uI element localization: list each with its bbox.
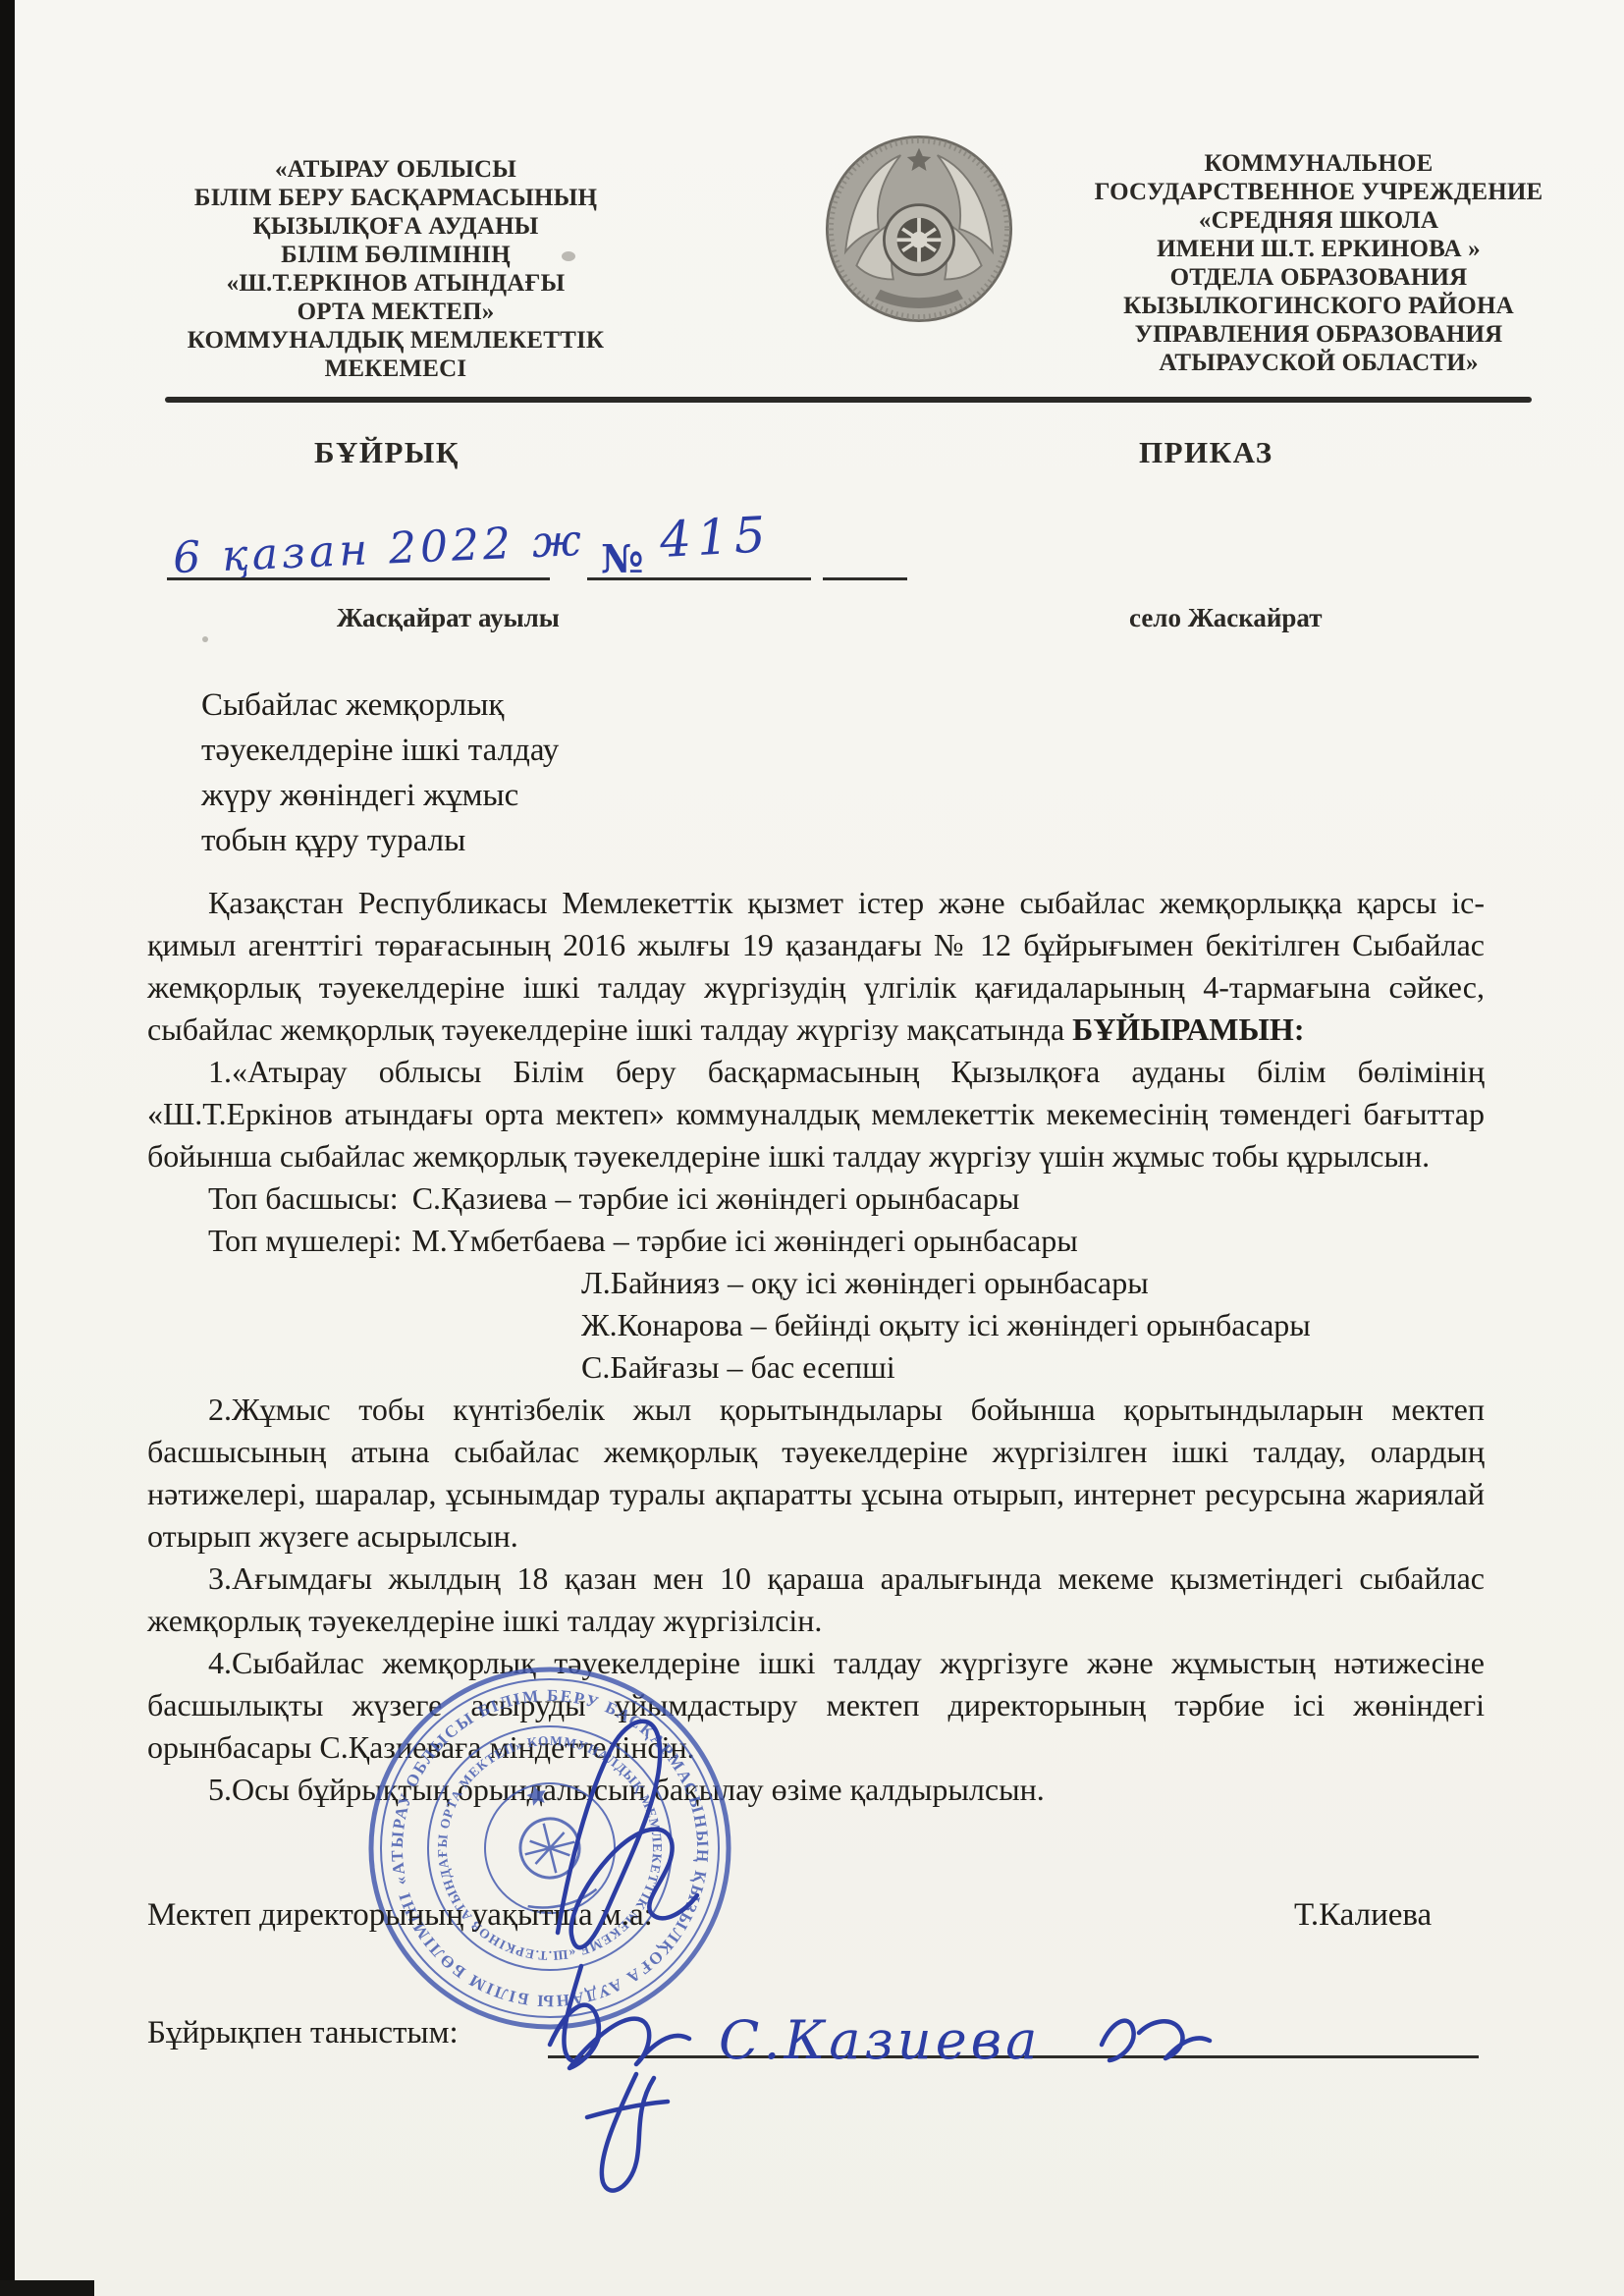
order-verb-bold: БҰЙЫРАМЫН: (1072, 1011, 1304, 1047)
header-divider-line (165, 397, 1532, 403)
org-name-kazakh: «АТЫРАУ ОБЛЫСЫ БІЛІМ БЕРУ БАСҚАРМАСЫНЫҢ … (165, 155, 626, 383)
group-leader-name: С.Қазиева – тәрбие ісі жөніндегі орынбас… (412, 1180, 1020, 1216)
scan-edge-bottom (0, 2280, 94, 2296)
order-title-kazakh: БҰЙРЫҚ (314, 435, 460, 470)
number-underline (587, 577, 811, 580)
group-member-line: С.Байғазы – бас есепші (147, 1346, 1485, 1389)
ack-signature-name: С.Казиева (719, 2009, 1041, 2071)
group-members-line: Топ мүшелері:М.Үмбетбаева – тәрбие ісі ж… (147, 1220, 1485, 1262)
org-right-line: УПРАВЛЕНИЯ ОБРАЗОВАНИЯ (1088, 320, 1549, 349)
place-russian: село Жаскайрат (1129, 603, 1323, 633)
org-left-line: КОММУНАЛДЫҚ МЕМЛЕКЕТТІК (165, 326, 626, 355)
scan-speckle (202, 636, 208, 642)
org-right-line: ОТДЕЛА ОБРАЗОВАНИЯ (1088, 263, 1549, 292)
org-right-line: КОММУНАЛЬНОЕ (1088, 149, 1549, 178)
ack-flourish-below-line (587, 2074, 668, 2191)
org-right-line: ГОСУДАРСТВЕННОЕ УЧРЕЖДЕНИЕ (1088, 178, 1549, 206)
handwritten-date: 6 қазан 2022 ж (172, 516, 586, 583)
subject-line: жүру жөніндегі жұмыс (201, 773, 559, 818)
ack-signature-right-scribble (1102, 2021, 1210, 2060)
org-left-line: «Ш.Т.ЕРКІНОВ АТЫНДАҒЫ (165, 269, 626, 298)
handwritten-order-number: 415 (659, 506, 773, 569)
org-right-line: КЫЗЫЛКОГИНСКОГО РАЙОНА (1088, 292, 1549, 320)
date-underline (167, 577, 550, 580)
scanned-order-page: «АТЫРАУ ОБЛЫСЫ БІЛІМ БЕРУ БАСҚАРМАСЫНЫҢ … (0, 0, 1624, 2296)
org-left-line: ҚЫЗЫЛҚОҒА АУДАНЫ (165, 212, 626, 241)
number-underline-short (823, 577, 907, 580)
org-left-line: БІЛІМ БЕРУ БАСҚАРМАСЫНЫҢ (165, 184, 626, 212)
order-title-russian: ПРИКАЗ (1139, 435, 1273, 470)
director-signature (558, 1722, 697, 1947)
scan-edge-left (0, 0, 15, 2296)
order-subject: Сыбайлас жемқорлық тәуекелдеріне ішкі та… (201, 683, 559, 863)
number-sign: № (601, 536, 643, 582)
org-right-line: ИМЕНИ Ш.Т. ЕРКИНОВА » (1088, 235, 1549, 263)
org-left-line: МЕКЕМЕСІ (165, 355, 626, 383)
subject-line: тобын құру туралы (201, 818, 559, 863)
order-item-1: 1.«Атырау облысы Білім беру басқармасыны… (147, 1051, 1485, 1177)
org-left-line: ОРТА МЕКТЕП» (165, 298, 626, 326)
preamble-paragraph: Қазақстан Республикасы Мемлекеттік қызме… (147, 882, 1485, 1051)
group-members-label: Топ мүшелері: (208, 1223, 402, 1258)
place-kazakh: Жасқайрат ауылы (337, 603, 560, 633)
group-leader-label: Топ басшысы: (208, 1180, 399, 1216)
subject-line: тәуекелдеріне ішкі талдау (201, 728, 559, 773)
org-left-line: «АТЫРАУ ОБЛЫСЫ (165, 155, 626, 184)
group-member-name: М.Үмбетбаева – тәрбие ісі жөніндегі орын… (411, 1223, 1077, 1258)
org-left-line: БІЛІМ БӨЛІМІНІҢ (165, 241, 626, 269)
org-name-russian: КОММУНАЛЬНОЕ ГОСУДАРСТВЕННОЕ УЧРЕЖДЕНИЕ … (1088, 149, 1549, 377)
org-right-line: АТЫРАУСКОЙ ОБЛАСТИ» (1088, 349, 1549, 377)
subject-line: Сыбайлас жемқорлық (201, 683, 559, 728)
kazakhstan-coat-of-arms-icon (818, 128, 1020, 330)
org-right-line: «СРЕДНЯЯ ШКОЛА (1088, 206, 1549, 235)
order-item-2: 2.Жұмыс тобы күнтізбелік жыл қорытындыла… (147, 1389, 1485, 1558)
signatures-overlay: С.Казиева (324, 1620, 1502, 2229)
group-member-line: Л.Байнияз – оқу ісі жөніндегі орынбасары (147, 1262, 1485, 1304)
group-leader-line: Топ басшысы:С.Қазиева – тәрбие ісі жөнін… (147, 1177, 1485, 1220)
group-member-line: Ж.Конарова – бейінді оқыту ісі жөніндегі… (147, 1304, 1485, 1346)
